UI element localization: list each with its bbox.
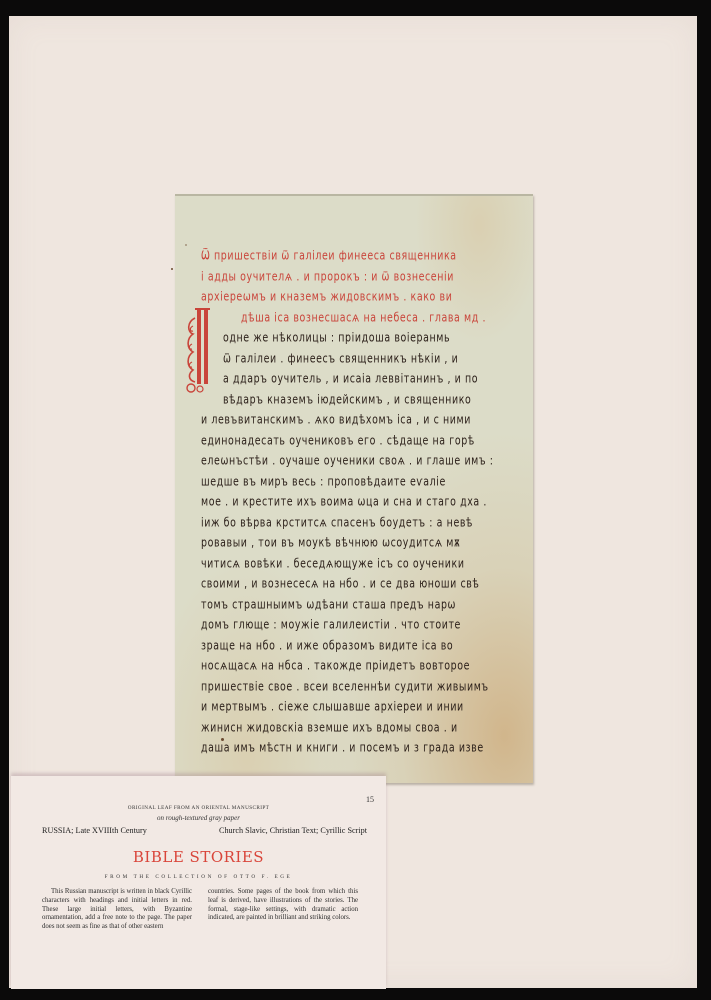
- paper-note: on rough-textured gray paper: [11, 814, 386, 822]
- text-line: даша имъ мѣстн и книги . и посемъ и з гр…: [201, 736, 519, 760]
- collection-credit: FROM THE COLLECTION OF OTTO F. EGE: [11, 874, 386, 880]
- label-card: 15 ORIGINAL LEAF FROM AN ORIENTAL MANUSC…: [11, 776, 386, 989]
- stain-mark: [185, 244, 187, 246]
- description-left: This Russian manuscript is written in bl…: [42, 888, 192, 932]
- card-title: BIBLE STORIES: [11, 848, 386, 866]
- description-right: countries. Some pages of the book from w…: [208, 888, 358, 923]
- country-date: RUSSIA; Late XVIIIth Century: [42, 826, 147, 835]
- manuscript-text: Ѿ пришествіи ѿ галілеи финееса священник…: [201, 246, 519, 759]
- page-number: 15: [366, 795, 374, 804]
- language-script: Church Slavic, Christian Text; Cyrillic …: [219, 826, 367, 835]
- stain-mark: [171, 268, 173, 270]
- origin-heading: ORIGINAL LEAF FROM AN ORIENTAL MANUSCRIP…: [11, 805, 386, 811]
- manuscript-leaf: Ѿ пришествіи ѿ галілеи финееса священник…: [175, 194, 533, 783]
